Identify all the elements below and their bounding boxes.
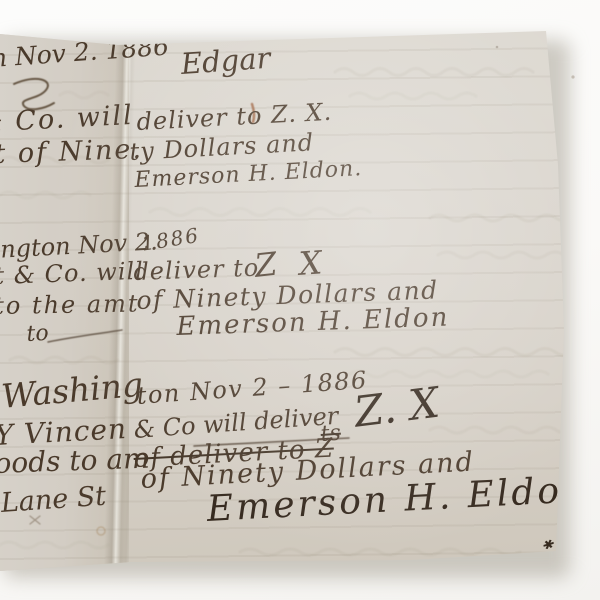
entry2-right-line2: deliver to [133, 256, 260, 284]
ring-stain [97, 527, 105, 535]
entry3-zx-monogram: Z. X [352, 382, 442, 434]
entry2-left-line3: to the amt [0, 291, 140, 318]
photo-of-manuscript: n Nov 2. 1886 Edgar & Co. will t of Nine… [0, 0, 600, 600]
entry3-left-line3: oods to am [0, 445, 150, 478]
entry3-left-line4: Lane St [0, 483, 107, 517]
corner-ink-mark: ✱ [541, 538, 554, 553]
entry2-z-initial: Z [253, 248, 278, 282]
small-x-mark [30, 516, 40, 524]
entry1-left-line1: & Co. will [0, 102, 134, 137]
entry2-x-initial: X [298, 246, 323, 280]
entry1-left-line2: t of Nine. [0, 136, 143, 168]
entry2-left-line4: to [26, 323, 49, 346]
to-flourish-stroke [48, 330, 122, 342]
handwriting-name-edgar: Edgar [180, 44, 271, 79]
entry2-left-line2: t & Co. will [0, 259, 144, 288]
manuscript-paper: n Nov 2. 1886 Edgar & Co. will t of Nine… [0, 0, 600, 600]
